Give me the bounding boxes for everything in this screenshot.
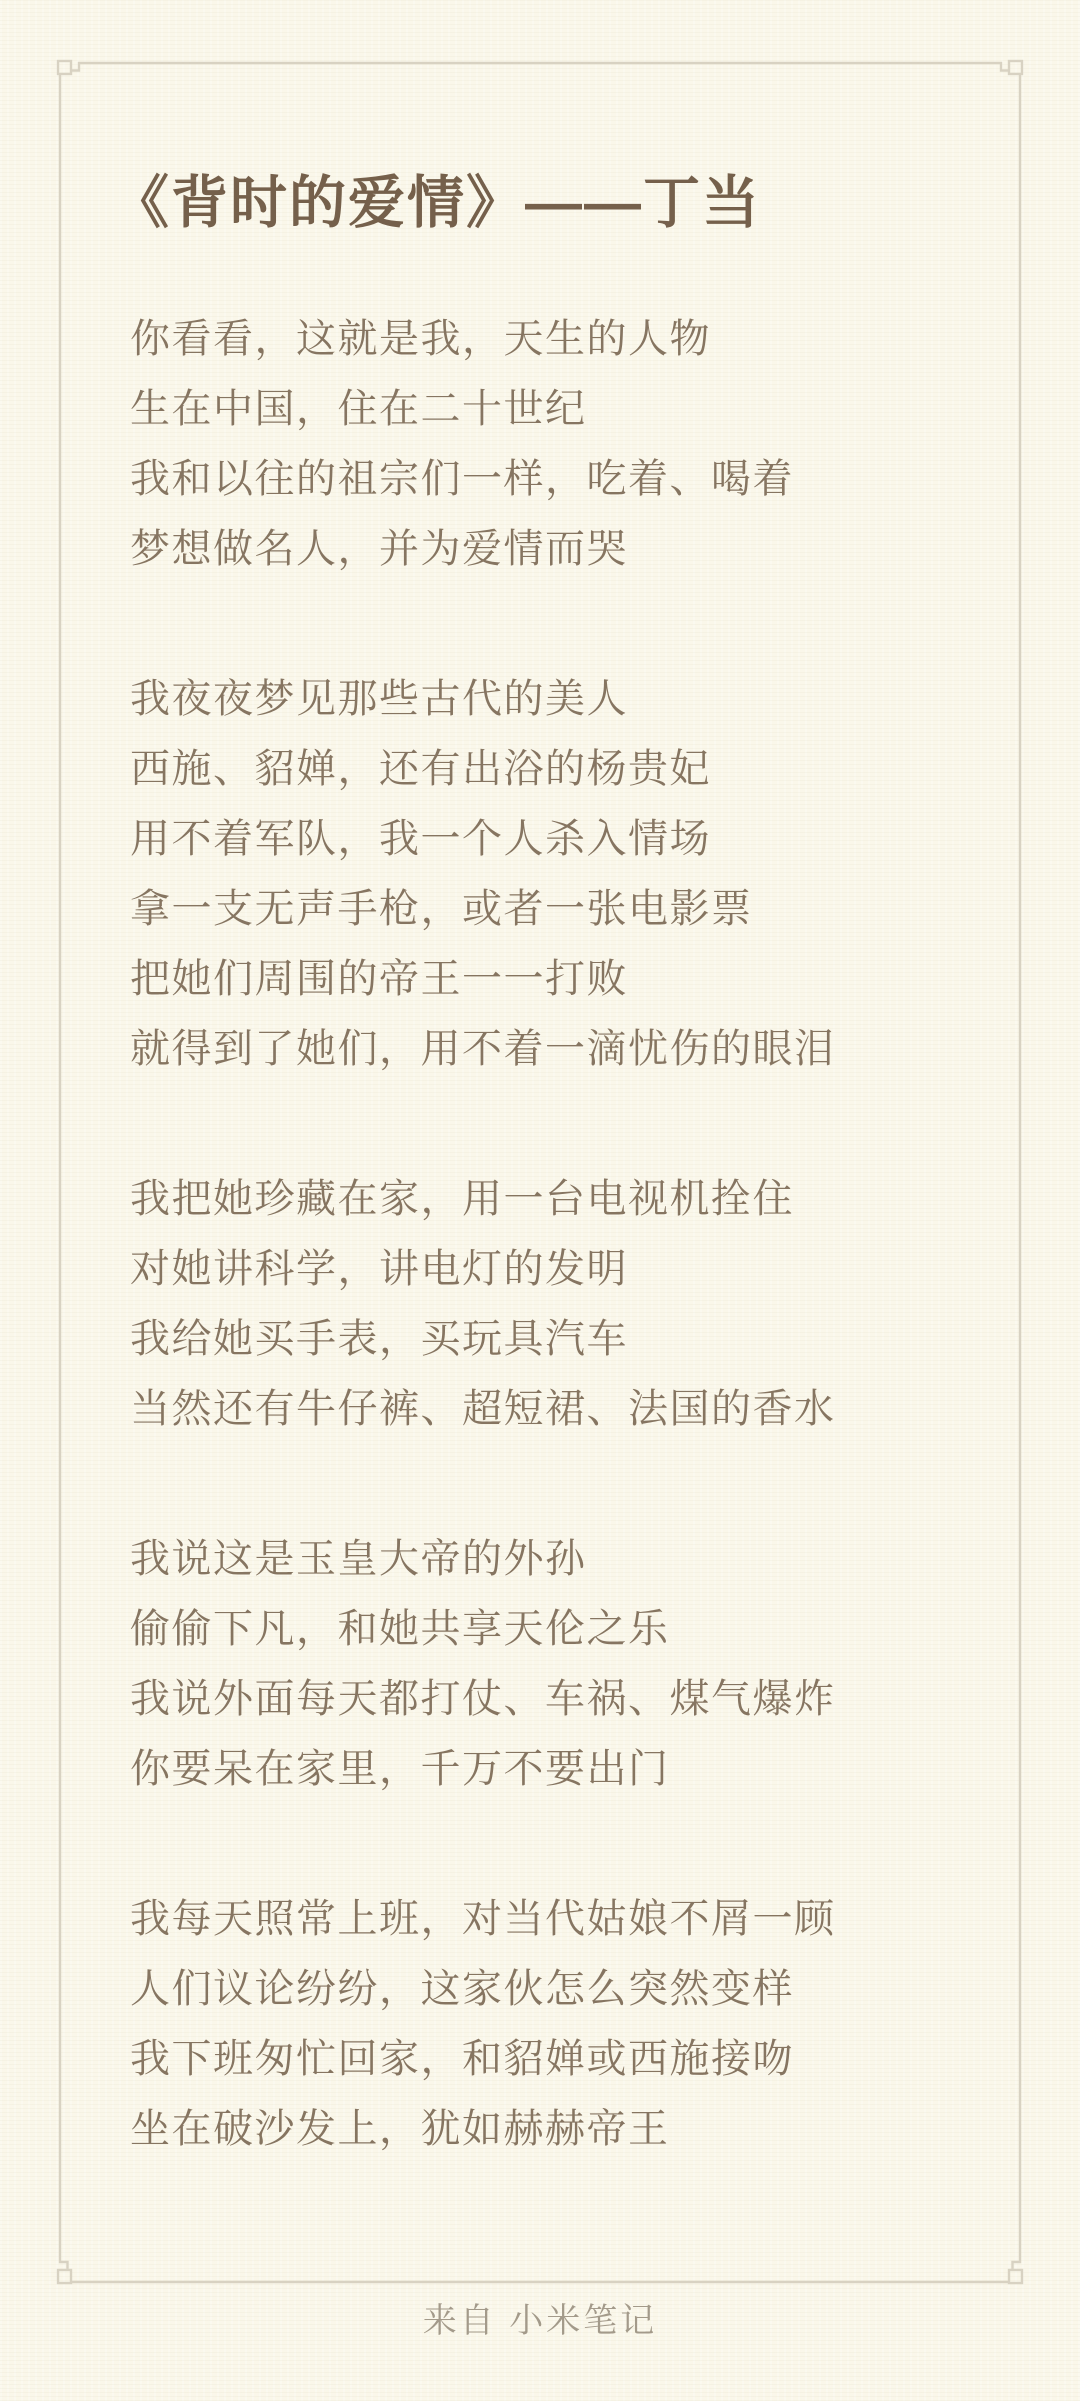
poem-line: 我夜夜梦见那些古代的美人: [130, 664, 1022, 734]
stanza-2: 我夜夜梦见那些古代的美人 西施、貂婵，还有出浴的杨贵妃 用不着军队，我一个人杀入…: [130, 664, 1022, 1084]
poem-line: 人们议论纷纷，这家伙怎么突然变样: [130, 1954, 1022, 2024]
poem-line: 我说这是玉皇大帝的外孙: [130, 1524, 1022, 1594]
source-attribution: 来自 小米笔记: [0, 2302, 1080, 2340]
poem-line: 我和以往的祖宗们一样，吃着、喝着: [130, 444, 1022, 514]
poem-line: 生在中国，住在二十世纪: [130, 374, 1022, 444]
stanza-1: 你看看，这就是我，天生的人物 生在中国，住在二十世纪 我和以往的祖宗们一样，吃着…: [130, 304, 1022, 584]
poem-line: 对她讲科学，讲电灯的发明: [130, 1234, 1022, 1304]
stanza-5: 我每天照常上班，对当代姑娘不屑一顾 人们议论纷纷，这家伙怎么突然变样 我下班匆忙…: [130, 1884, 1022, 2164]
stanza-3: 我把她珍藏在家，用一台电视机拴住 对她讲科学，讲电灯的发明 我给她买手表，买玩具…: [130, 1164, 1022, 1444]
frame-top-line: [71, 63, 1009, 71]
note-share-card: { "page": { "source_label": "来自 小米笔记" },…: [0, 0, 1080, 2401]
poem-line: 你看看，这就是我，天生的人物: [130, 304, 1022, 374]
frame-corner-square-top-left: [58, 61, 71, 74]
poem-line: 我说外面每天都打仗、车祸、煤气爆炸: [130, 1664, 1022, 1734]
poem-line: 我每天照常上班，对当代姑娘不屑一顾: [130, 1884, 1022, 1954]
poem-line: 偷偷下凡，和她共享天伦之乐: [130, 1594, 1022, 1664]
frame-left-line: [60, 74, 68, 2270]
poem-title: 《背时的爱情》——丁当: [112, 170, 1022, 236]
frame-corner-square-bottom-left: [58, 2270, 71, 2283]
poem-line: 我下班匆忙回家，和貂婵或西施接吻: [130, 2024, 1022, 2094]
frame-corner-square-bottom-right: [1009, 2270, 1022, 2283]
poem-line: 用不着军队，我一个人杀入情场: [130, 804, 1022, 874]
poem-line: 我给她买手表，买玩具汽车: [130, 1304, 1022, 1374]
poem-line: 我把她珍藏在家，用一台电视机拴住: [130, 1164, 1022, 1234]
poem-line: 就得到了她们，用不着一滴忧伤的眼泪: [130, 1014, 1022, 1084]
note-content: 《背时的爱情》——丁当 你看看，这就是我，天生的人物 生在中国，住在二十世纪 我…: [130, 170, 1022, 2244]
stanza-4: 我说这是玉皇大帝的外孙 偷偷下凡，和她共享天伦之乐 我说外面每天都打仗、车祸、煤…: [130, 1524, 1022, 1804]
poem-line: 拿一支无声手枪，或者一张电影票: [130, 874, 1022, 944]
poem-line: 西施、貂婵，还有出浴的杨贵妃: [130, 734, 1022, 804]
poem-line: 把她们周围的帝王一一打败: [130, 944, 1022, 1014]
poem-line: 坐在破沙发上，犹如赫赫帝王: [130, 2094, 1022, 2164]
frame-corner-square-top-right: [1009, 61, 1022, 74]
poem-line: 当然还有牛仔裤、超短裙、法国的香水: [130, 1374, 1022, 1444]
poem-line: 你要呆在家里，千万不要出门: [130, 1734, 1022, 1804]
poem-line: 梦想做名人，并为爱情而哭: [130, 514, 1022, 584]
